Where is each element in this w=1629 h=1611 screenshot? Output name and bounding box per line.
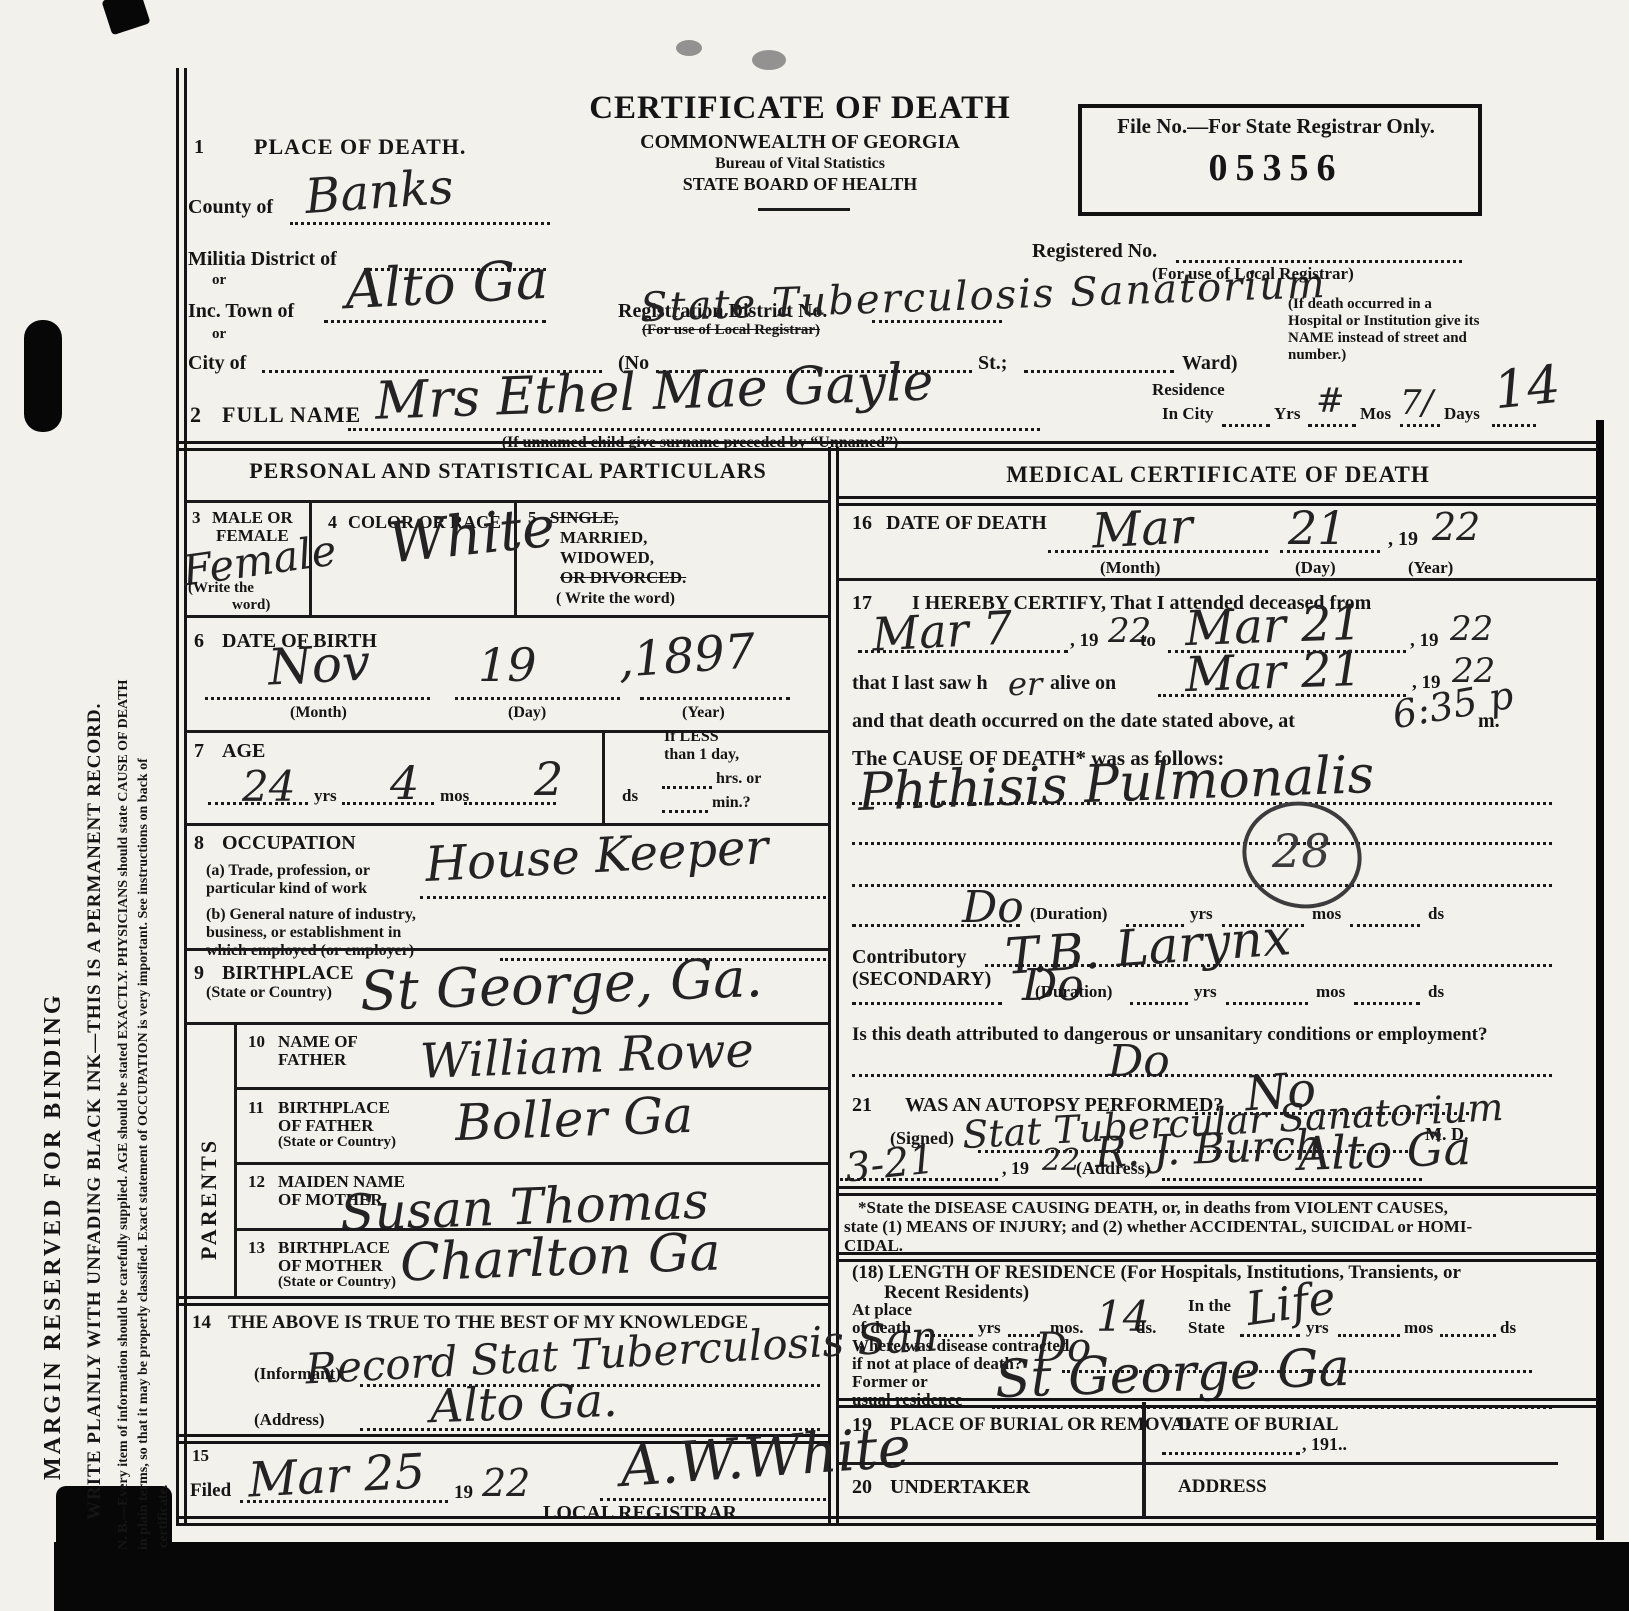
dob-month-handwritten: Nov xyxy=(267,637,372,692)
dob-day-dots xyxy=(455,697,620,700)
residence18-label-1: (18) LENGTH OF RESIDENCE (For Hospitals,… xyxy=(852,1262,1461,1284)
local-registrar-label: LOCAL REGISTRAR xyxy=(500,1502,780,1525)
date-of-death-day-dots xyxy=(1280,550,1380,553)
footnote-line-1: *State the DISEASE CAUSING DEATH, or, in… xyxy=(858,1198,1448,1218)
death-time-m-label: m. xyxy=(1478,710,1500,733)
parents-label: PARENTS xyxy=(196,1080,222,1260)
to-year-handwritten: 22 xyxy=(1450,612,1493,646)
father-birthplace-sub: (State or Country) xyxy=(278,1134,396,1151)
cause-dots-3 xyxy=(852,884,1552,887)
header-rule xyxy=(758,208,850,211)
scan-blob-left-edge xyxy=(24,320,62,432)
footnote-line-2: state (1) MEANS OF INJURY; and (2) wheth… xyxy=(844,1217,1472,1237)
mother-birthplace-label-1: BIRTHPLACE xyxy=(278,1238,390,1258)
county-value-handwritten: Banks xyxy=(304,163,456,221)
header-board: STATE BOARD OF HEALTH xyxy=(560,174,1040,195)
occupation-b-label-2: business, or establishment in xyxy=(206,924,401,942)
dob-day-handwritten: 19 xyxy=(478,642,537,688)
age-ds-label: ds xyxy=(622,786,638,806)
father-name-number: 10 xyxy=(248,1032,265,1052)
rule-under-burial xyxy=(838,1462,1558,1465)
unsanitary-answer-handwritten: Do xyxy=(1108,1040,1170,1084)
page-title: CERTIFICATE OF DEATH xyxy=(560,90,1040,127)
occupation-b-label-3: which employed (or employer) xyxy=(206,942,414,960)
filed-label: Filed xyxy=(190,1480,231,1502)
at-place-yrs: yrs xyxy=(978,1318,1001,1338)
in-state-dots-2 xyxy=(1338,1334,1400,1337)
attended-to-label: to xyxy=(1140,630,1156,652)
registered-no-sub: (For use of Local Registrar) xyxy=(1152,264,1354,284)
rule-under-footnote xyxy=(838,1252,1598,1262)
age-cell-divider xyxy=(602,730,605,823)
rule-under-father-birthplace xyxy=(234,1162,828,1165)
in-city-label: In City xyxy=(1162,404,1213,424)
informant-section-number: 14 xyxy=(192,1312,211,1334)
father-name-value-handwritten: William Rowe xyxy=(419,1026,754,1086)
informant-address-handwritten: Alto Ga. xyxy=(429,1377,618,1430)
in-the-label-1: In the xyxy=(1188,1296,1231,1316)
in-the-label-2: State xyxy=(1188,1318,1225,1338)
occupation-b-label-1: (b) General nature of industry, xyxy=(206,906,416,924)
contributory-label: Contributory xyxy=(852,946,966,969)
age-ds-value: 2 xyxy=(534,756,563,802)
residence-days-label: Days xyxy=(1444,404,1480,424)
occupation-a-value-handwritten: House Keeper xyxy=(424,823,769,889)
mother-birthplace-number: 13 xyxy=(248,1238,265,1258)
sex-label-1: MALE OR xyxy=(212,508,293,528)
contributory-duration-dots-2 xyxy=(1226,1002,1308,1005)
age-mos-dots xyxy=(342,802,434,805)
age-ds-dots xyxy=(464,802,556,805)
father-birthplace-label-2: OF FATHER xyxy=(278,1116,374,1136)
sex-note-1: (Write the xyxy=(188,580,254,597)
county-label: County of xyxy=(188,196,273,219)
last-saw-text-2: alive on xyxy=(1050,672,1116,695)
mother-name-number: 12 xyxy=(248,1172,265,1192)
registrar-signature-dots xyxy=(600,1498,826,1501)
residence-label: Residence xyxy=(1152,380,1225,400)
in-state-mos: mos xyxy=(1404,1318,1433,1338)
hospital-note: (If death occurred in a Hospital or Inst… xyxy=(1288,296,1484,364)
full-name-label: FULL NAME xyxy=(222,402,361,428)
full-name-number: 2 xyxy=(190,402,201,428)
inc-town-label: Inc. Town of xyxy=(188,300,294,323)
sign-address-dots xyxy=(1162,1178,1422,1181)
age-hrs-label: hrs. or xyxy=(716,770,761,788)
header-bureau: Bureau of Vital Statistics xyxy=(560,155,1040,173)
mother-birthplace-sub: (State or Country) xyxy=(278,1274,396,1291)
burial-date-year: , 191.. xyxy=(1302,1434,1347,1455)
last-saw-text-1: that I last saw h xyxy=(852,672,988,695)
age-number: 7 xyxy=(194,740,204,763)
undertaker-number: 20 xyxy=(852,1476,872,1499)
residence-mos-label: Mos xyxy=(1360,404,1391,424)
age-min-label: min.? xyxy=(712,794,751,812)
scan-blob-top-left xyxy=(101,0,150,35)
birthplace-value-handwritten: St George, Ga. xyxy=(359,951,763,1019)
dob-year-dots xyxy=(640,697,790,700)
medical-section-title: MEDICAL CERTIFICATE OF DEATH xyxy=(838,462,1598,488)
rule-under-dob xyxy=(186,730,828,733)
margin-nb-line2: in plain terms, so that it may be proper… xyxy=(136,110,152,1550)
informant-address-label: (Address) xyxy=(254,1410,325,1430)
certify-number: 17 xyxy=(852,592,872,615)
in-city-dots xyxy=(1222,424,1270,427)
age-yrs-label: yrs xyxy=(314,786,337,806)
dob-day-caption: (Day) xyxy=(508,704,546,722)
or-label-2: or xyxy=(212,326,226,343)
sign-date-dots xyxy=(840,1178,998,1181)
registered-no-label: Registered No. xyxy=(1032,240,1157,263)
last-saw-pronoun-handwritten: er xyxy=(1008,668,1042,700)
birthplace-number: 9 xyxy=(194,962,204,985)
city-label: City of xyxy=(188,352,246,375)
date-of-death-label: DATE OF DEATH xyxy=(886,512,1047,535)
father-name-label-1: NAME OF xyxy=(278,1032,358,1052)
occupation-label: OCCUPATION xyxy=(222,832,356,855)
marital-option-divorced: OR DIVORCED. xyxy=(560,568,686,588)
dob-number: 6 xyxy=(194,630,204,653)
militia-district-label: Militia District of xyxy=(188,248,337,271)
full-name-note: (If unnamed child give surname preceded … xyxy=(370,434,1030,452)
marital-option-single: SINGLE, xyxy=(550,508,619,528)
former-residence-value-handwritten: St George Ga xyxy=(994,1342,1350,1406)
header-commonwealth: COMMONWEALTH OF GEORGIA xyxy=(560,131,1040,154)
date-of-death-number: 16 xyxy=(852,512,872,535)
sign-year-prefix: , 19 xyxy=(1002,1158,1029,1179)
to-year-prefix: , 19 xyxy=(1410,630,1439,652)
cause-duration-mos: mos xyxy=(1312,904,1341,924)
contributory-duration-yrs: yrs xyxy=(1194,982,1217,1002)
scan-smudge-2 xyxy=(752,50,786,70)
contributory-duration-ds: ds xyxy=(1428,982,1444,1002)
place-of-death-number: 1 xyxy=(194,136,204,159)
place-of-death-title: PLACE OF DEATH. xyxy=(254,134,466,160)
date-of-death-day-handwritten: 21 xyxy=(1288,505,1347,551)
margin-write-plainly-text: WRITE PLAINLY WITH UNFADING BLACK INK—TH… xyxy=(84,240,106,1520)
in-state-yrs: yrs xyxy=(1306,1318,1329,1338)
at-place-label-1: At place xyxy=(852,1300,912,1320)
margin-nb-line3: certificate. xyxy=(156,1398,172,1548)
father-name-label-2: FATHER xyxy=(278,1050,346,1070)
attended-from-dots xyxy=(858,650,1068,653)
at-place-ds: ds. xyxy=(1136,1318,1156,1338)
mother-birthplace-value-handwritten: Charlton Ga xyxy=(399,1226,721,1289)
street-dots xyxy=(1024,370,1174,373)
rule-under-medical-title xyxy=(838,496,1598,506)
marital-note: ( Write the word) xyxy=(556,590,675,608)
occupation-a-label-2: particular kind of work xyxy=(206,880,367,898)
contributory-duration-dots-3 xyxy=(1354,1002,1420,1005)
residence-mos-dots xyxy=(1400,424,1440,427)
registered-no-dots xyxy=(1176,260,1462,263)
residence-days-value: 14 xyxy=(1491,359,1562,418)
scan-bottom-bar xyxy=(54,1542,1629,1611)
age-mos-value: 4 xyxy=(390,760,419,806)
contributory-duration-dots-1 xyxy=(1130,1002,1188,1005)
sex-note-2: word) xyxy=(232,597,270,614)
rule-under-cells xyxy=(186,615,828,618)
marital-number: 5 xyxy=(528,508,537,528)
in-state-ds: ds xyxy=(1500,1318,1516,1338)
death-occurred-text: and that death occurred on the date stat… xyxy=(852,710,1295,733)
age-less-note-1: If LESS xyxy=(664,728,719,746)
rule-under-parents xyxy=(178,1296,828,1306)
ward-label: Ward) xyxy=(1182,352,1238,375)
occupation-number: 8 xyxy=(194,832,204,855)
race-number: 4 xyxy=(328,512,337,533)
last-saw-dots xyxy=(1158,694,1406,697)
residence-yrs-label: Yrs xyxy=(1274,404,1300,424)
contributory-secondary-label: (SECONDARY) xyxy=(852,968,991,991)
age-yrs-dots xyxy=(208,802,308,805)
sex-number: 3 xyxy=(192,508,201,528)
dob-year-handwritten: ,1897 xyxy=(616,627,756,684)
undertaker-label: UNDERTAKER xyxy=(890,1476,1030,1499)
full-name-value-handwritten: Mrs Ethel Mae Gayle xyxy=(374,356,934,427)
contributory-duration-mos: mos xyxy=(1316,982,1345,1002)
margin-binding-text: MARGIN RESERVED FOR BINDING xyxy=(40,540,67,1480)
dob-month-caption: (Month) xyxy=(290,704,347,722)
age-less-note-2: than 1 day, xyxy=(664,746,739,764)
filed-year-prefix: 19 xyxy=(454,1482,473,1504)
autopsy-number: 21 xyxy=(852,1094,872,1117)
date-of-death-month-dots xyxy=(1048,550,1268,553)
date-of-death-month-handwritten: Mar xyxy=(1091,502,1194,555)
circled-code-value: 28 xyxy=(1272,828,1331,874)
cause-dots-1 xyxy=(852,802,1552,805)
contributory-duration-lead-dots xyxy=(852,1002,1002,1005)
father-birthplace-number: 11 xyxy=(248,1098,264,1118)
residence-yrs-value: # xyxy=(1316,384,1345,418)
father-birthplace-value-handwritten: Boller Ga xyxy=(454,1090,694,1148)
undertaker-address-label: ADDRESS xyxy=(1178,1476,1267,1498)
contributory-duration-label: (Duration) xyxy=(1035,982,1112,1002)
unsanitary-dots xyxy=(852,1074,1552,1077)
date-of-death-year-prefix: , 19 xyxy=(1388,528,1418,551)
file-number-label: File No.—For State Registrar Only. xyxy=(1082,114,1470,139)
scan-smudge-1 xyxy=(676,40,702,56)
cause-dots-2 xyxy=(852,842,1552,845)
in-state-dots-1 xyxy=(1240,1334,1300,1337)
dob-month-dots xyxy=(205,697,430,700)
sign-date-handwritten: 3-21 xyxy=(843,1139,937,1188)
personal-section-title: PERSONAL AND STATISTICAL PARTICULARS xyxy=(186,458,830,484)
marital-option-widowed: WIDOWED, xyxy=(560,548,654,568)
margin-nb-line1: N. B.—Every item of information should b… xyxy=(116,110,132,1550)
certificate-page: MARGIN RESERVED FOR BINDING WRITE PLAINL… xyxy=(0,0,1629,1611)
birthplace-label: BIRTHPLACE xyxy=(222,962,354,985)
burial-cell-divider xyxy=(1142,1402,1146,1518)
residence-mos-value: 7/ xyxy=(1400,386,1433,420)
father-birthplace-label-1: BIRTHPLACE xyxy=(278,1098,390,1118)
dod-month-caption: (Month) xyxy=(1100,558,1160,578)
dod-year-caption: (Year) xyxy=(1408,558,1453,578)
date-of-death-year-handwritten: 22 xyxy=(1432,508,1480,546)
cause-duration-dots-3 xyxy=(1350,924,1420,927)
cause-duration-ds: ds xyxy=(1428,904,1444,924)
file-number-value: 05356 xyxy=(1082,146,1470,190)
form-bottom-border xyxy=(176,1516,1598,1526)
burial-date-dots xyxy=(1162,1452,1300,1455)
filed-year-handwritten: 22 xyxy=(482,1464,530,1502)
rule-under-residence18 xyxy=(838,1398,1598,1408)
at-place-label-2: of death xyxy=(852,1318,911,1338)
or-label-1: or xyxy=(212,272,226,289)
residence-yrs-dots xyxy=(1308,424,1356,427)
marital-option-married: MARRIED, xyxy=(560,528,647,548)
burial-label: PLACE OF BURIAL OR REMOVAL xyxy=(890,1414,1197,1436)
parents-divider xyxy=(234,1022,237,1298)
occupation-a-dots xyxy=(420,896,826,899)
rule-under-date-of-death xyxy=(838,578,1598,581)
last-saw-date-handwritten: Mar 21 xyxy=(1184,645,1363,699)
burial-number: 19 xyxy=(852,1414,872,1437)
scan-right-edge-line xyxy=(1596,420,1604,1540)
former-residence-label-1: Former or xyxy=(852,1372,928,1392)
from-year-prefix: , 19 xyxy=(1070,630,1099,652)
in-state-dots-3 xyxy=(1440,1334,1496,1337)
cause-duration-lead-dots xyxy=(852,924,1020,927)
informant-label: (Informant) xyxy=(254,1364,341,1384)
rule-under-father-name xyxy=(234,1087,828,1090)
rule-under-signed xyxy=(838,1186,1598,1196)
street-label: St.; xyxy=(978,352,1007,375)
residence-days-dots xyxy=(1492,424,1536,427)
mother-birthplace-label-2: OF MOTHER xyxy=(278,1256,383,1276)
filed-section-number: 15 xyxy=(192,1446,209,1466)
filed-dots xyxy=(240,1500,448,1503)
sign-address-label: (Address) xyxy=(1076,1158,1151,1179)
dob-year-caption: (Year) xyxy=(682,704,725,722)
inc-town-value-handwritten: Alto Ga xyxy=(344,253,550,318)
age-hrs-dots xyxy=(662,786,712,789)
burial-date-label: DATE OF BURIAL xyxy=(1178,1414,1338,1436)
occupation-a-label-1: (a) Trade, profession, or xyxy=(206,862,370,880)
filed-date-handwritten: Mar 25 xyxy=(247,1447,426,1504)
age-min-dots xyxy=(662,810,708,813)
sign-address-handwritten: Alto Ga xyxy=(1297,1125,1471,1177)
age-label: AGE xyxy=(222,740,265,763)
sign-year-handwritten: 22 xyxy=(1042,1146,1080,1176)
birthplace-sub: (State or Country) xyxy=(206,984,332,1002)
dod-day-caption: (Day) xyxy=(1295,558,1336,578)
